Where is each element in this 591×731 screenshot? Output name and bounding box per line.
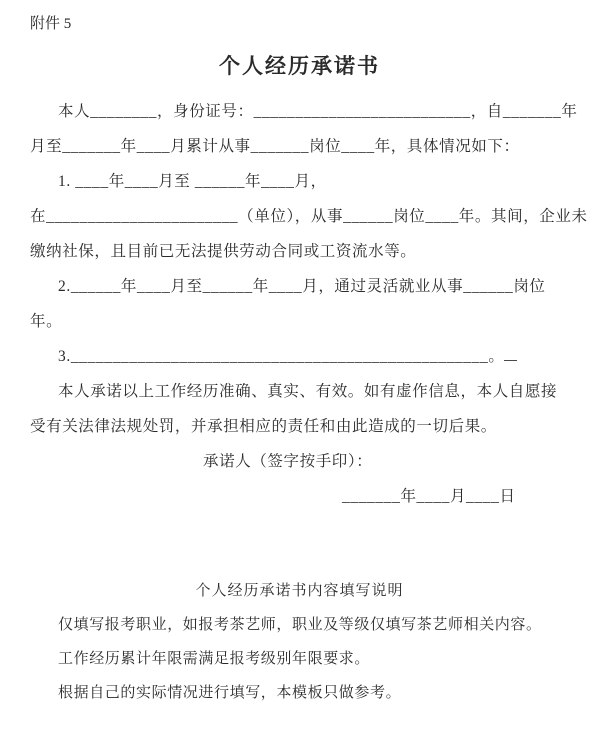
intro-line-2: 月至_______年____月累计从事_______岗位____年，具体情况如下… — [30, 129, 569, 164]
document-title: 个人经历承诺书 — [30, 50, 569, 80]
pledge-line-2: 受有关法律法规处罚，并承担相应的责任和由此造成的一切后果。 — [30, 409, 569, 444]
note-line-3: 根据自己的实际情况进行填写，本模板只做参考。 — [30, 676, 569, 710]
signature-label: 承诺人（签字按手印）： — [30, 444, 569, 479]
signature-date-line: _______年____月____日 — [30, 479, 569, 514]
item2-line-2: 年。 — [30, 304, 569, 339]
notes-heading: 个人经历承诺书内容填写说明 — [30, 574, 569, 608]
item2-line-1: 2.______年____月至______年____月，通过灵活就业从事____… — [30, 269, 569, 304]
item1-line-1: 1. ____年____月至 ______年____月， — [30, 164, 569, 199]
document-page: 附件 5 个人经历承诺书 本人________，身份证号：___________… — [0, 0, 591, 731]
item1-line-2: 在_______________________（单位），从事______岗位_… — [30, 199, 569, 234]
item1-line-3: 缴纳社保，且目前已无法提供劳动合同或工资流水等。 — [30, 234, 569, 269]
attachment-label: 附件 5 — [30, 14, 569, 34]
note-line-1: 仅填写报考职业，如报考茶艺师，职业及等级仅填写茶艺师相关内容。 — [30, 608, 569, 642]
item3-line: 3.______________________________________… — [30, 339, 569, 374]
item3-blank-tail — [504, 345, 517, 362]
intro-line-1: 本人________，身份证号：________________________… — [30, 94, 569, 129]
item3-text: 3.______________________________________… — [58, 348, 504, 365]
note-line-2: 工作经历累计年限需满足报考级别年限要求。 — [30, 642, 569, 676]
pledge-line-1: 本人承诺以上工作经历准确、真实、有效。如有虚作信息，本人自愿接 — [30, 374, 569, 409]
